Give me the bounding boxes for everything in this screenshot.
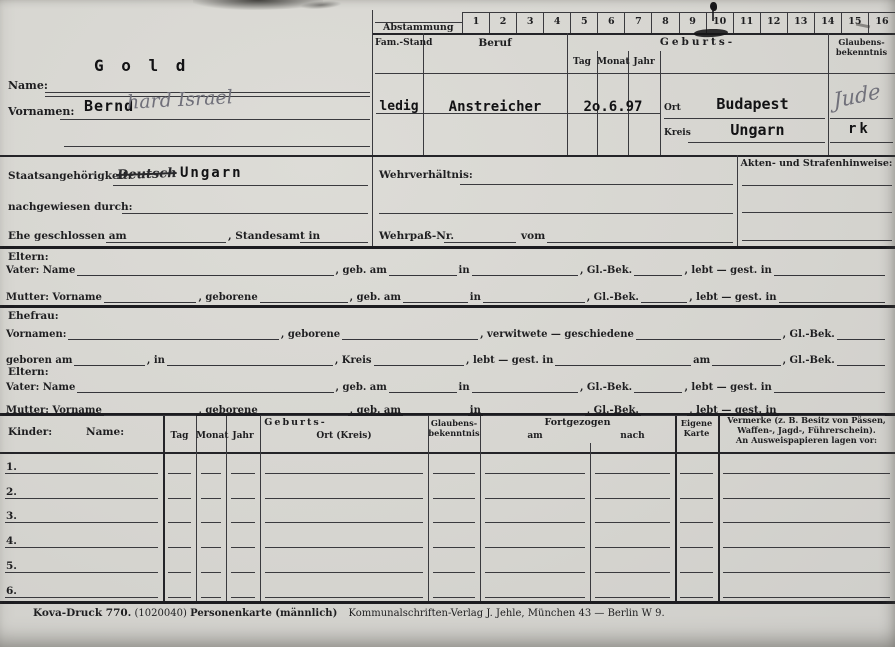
wehrpass-label: Wehrpaß-Nr. bbox=[379, 230, 454, 242]
blank-line bbox=[342, 338, 478, 340]
gl-bek-label: , Gl.-Bek. bbox=[783, 355, 835, 366]
jahr-header: Jahr bbox=[628, 57, 660, 67]
abstammung-number-cell: 2 bbox=[489, 12, 516, 33]
ehefrau-vornamen-row: Vornamen: , geborene , verwitwete — gesc… bbox=[6, 326, 887, 340]
cell-tag bbox=[163, 502, 196, 527]
glaubens-handwritten-annotation: Jude bbox=[833, 79, 881, 113]
vornamen-handwritten-annotation: hard Israel bbox=[126, 86, 233, 114]
cell-ort-kreis bbox=[260, 452, 428, 477]
fam-stand-header: Fam.-Stand bbox=[375, 38, 423, 48]
blank-line bbox=[634, 391, 682, 393]
kreis-label: , Kreis bbox=[335, 355, 372, 366]
gl-bek-label: , Gl.-Bek. bbox=[580, 265, 632, 276]
rule-line bbox=[460, 184, 733, 185]
abstammung-number-cell: 11 bbox=[733, 12, 760, 33]
wehrverhaeltnis-label: Wehrverhältnis: bbox=[379, 169, 473, 181]
kinder-name-header: Name: bbox=[86, 426, 124, 438]
mutter-row: Mutter: Vorname , geborene , geb. am in … bbox=[6, 289, 887, 303]
geburts-header: Geburts- bbox=[567, 36, 828, 48]
ehefrau-vornamen-label: Vornamen: bbox=[6, 329, 66, 340]
rule-line bbox=[373, 33, 895, 35]
blank-line bbox=[68, 338, 278, 340]
cell-fortgezogen-nach bbox=[590, 502, 675, 527]
blank-line bbox=[389, 391, 457, 393]
rule-line bbox=[664, 118, 825, 119]
cell-monat bbox=[196, 452, 226, 477]
cell-name: 4. bbox=[0, 526, 163, 551]
ehe-geschlossen-label: Ehe geschlossen am bbox=[8, 230, 127, 242]
lebt-gest-label: , lebt — gest. in bbox=[684, 382, 771, 393]
lebt-gest-label: , lebt — gest. in bbox=[689, 292, 776, 303]
rule-line bbox=[688, 142, 825, 143]
cell-fortgezogen-am bbox=[480, 502, 590, 527]
ehefrau-section-label: Ehefrau: bbox=[8, 310, 59, 322]
cell-glaubens bbox=[428, 551, 480, 576]
ink-blot bbox=[710, 2, 717, 11]
kinder-table-row: 4. bbox=[0, 526, 895, 551]
abstammung-number-cell: 13 bbox=[787, 12, 814, 33]
abstammung-number-row: 12345678910111213141516 bbox=[462, 12, 895, 33]
section-divider bbox=[0, 246, 895, 249]
geb-am-label: , geb. am bbox=[336, 382, 387, 393]
cell-jahr bbox=[226, 551, 260, 576]
blank-line bbox=[403, 414, 468, 416]
vater-label: Vater: Name bbox=[6, 382, 75, 393]
cell-fortgezogen-am bbox=[480, 576, 590, 601]
blank-line bbox=[837, 338, 885, 340]
geb-am-label: , geb. am bbox=[350, 292, 401, 303]
row-number: 6. bbox=[6, 585, 17, 597]
blank-line bbox=[77, 391, 333, 393]
geborene-label: , geborene bbox=[281, 329, 340, 340]
cell-monat bbox=[196, 551, 226, 576]
cell-vermerke bbox=[718, 452, 895, 477]
kinder-glaubens-header-line2: bekenntnis bbox=[428, 429, 480, 439]
kinder-geburts-header: Geburts- bbox=[163, 417, 428, 428]
vornamen-label: Vornamen: bbox=[8, 105, 74, 118]
akten-strafen-label: Akten- und Strafenhinweise: bbox=[740, 158, 893, 169]
printer-label: Kova-Druck 770. bbox=[33, 607, 131, 619]
kinder-table-row: 1. bbox=[0, 452, 895, 477]
cell-vermerke bbox=[718, 502, 895, 527]
blank-line bbox=[167, 364, 333, 366]
blank-line bbox=[483, 301, 585, 303]
cell-eigene-karte bbox=[675, 526, 718, 551]
blank-line bbox=[260, 414, 348, 416]
abstammung-number-cell: 5 bbox=[570, 12, 597, 33]
cell-fortgezogen-am bbox=[480, 477, 590, 502]
kreis-value: Ungarn bbox=[690, 121, 825, 139]
blank-line bbox=[403, 301, 468, 303]
row-number: 4. bbox=[6, 535, 17, 547]
row-number: 5. bbox=[6, 560, 17, 572]
blank-line bbox=[774, 274, 885, 276]
kinder-jahr-header: Jahr bbox=[226, 431, 260, 441]
card-type-label: Personenkarte (männlich) bbox=[190, 608, 337, 619]
abstammung-number-cell: 15 bbox=[841, 12, 868, 33]
glaubens-header-line2: bekenntnis bbox=[828, 48, 895, 58]
kinder-table-row: 2. bbox=[0, 477, 895, 502]
ehefrau-vater-row: Vater: Name , geb. am in , Gl.-Bek. , le… bbox=[6, 379, 887, 393]
cell-name: 2. bbox=[0, 477, 163, 502]
cell-vermerke bbox=[718, 526, 895, 551]
row-number: 1. bbox=[6, 461, 17, 473]
cell-jahr bbox=[226, 477, 260, 502]
rule-line bbox=[300, 242, 368, 243]
cell-tag bbox=[163, 526, 196, 551]
cell-eigene-karte bbox=[675, 551, 718, 576]
abstammung-number-cell: 10 bbox=[706, 12, 733, 33]
cell-glaubens bbox=[428, 502, 480, 527]
blank-line bbox=[104, 301, 197, 303]
abstammung-number-cell: 1 bbox=[462, 12, 489, 33]
standesamt-label: , Standesamt in bbox=[228, 230, 320, 242]
rule-line bbox=[372, 10, 373, 247]
staats-value: Ungarn bbox=[180, 165, 243, 181]
fam-stand-value: ledig bbox=[374, 99, 424, 114]
ehefrau-eltern-label: Eltern: bbox=[8, 366, 49, 378]
cell-eigene-karte bbox=[675, 576, 718, 601]
ink-smudge bbox=[193, 0, 323, 10]
name-label: Name: bbox=[8, 79, 48, 92]
cell-fortgezogen-am bbox=[480, 526, 590, 551]
kreis-label: Kreis bbox=[664, 128, 691, 138]
cell-ort-kreis bbox=[260, 551, 428, 576]
publisher-label: Kommunalschriften-Verlag J. Jehle, Münch… bbox=[349, 608, 665, 619]
blank-line bbox=[472, 274, 578, 276]
blank-line bbox=[636, 338, 781, 340]
ort-label: Ort bbox=[664, 103, 681, 113]
abstammung-number-cell: 7 bbox=[624, 12, 651, 33]
beruf-value: Anstreicher bbox=[424, 99, 566, 115]
blank-line bbox=[374, 364, 465, 366]
blank-line bbox=[712, 364, 780, 366]
monat-header: Monat bbox=[597, 57, 628, 67]
fortgezogen-am-header: am bbox=[480, 431, 590, 441]
blank-line bbox=[641, 301, 687, 303]
rule-line bbox=[375, 73, 895, 74]
cell-vermerke bbox=[718, 551, 895, 576]
kinder-table-row: 6. bbox=[0, 576, 895, 601]
cell-vermerke bbox=[718, 477, 895, 502]
cell-eigene-karte bbox=[675, 477, 718, 502]
cell-glaubens bbox=[428, 576, 480, 601]
cell-name: 1. bbox=[0, 452, 163, 477]
blank-line bbox=[837, 364, 885, 366]
cell-ort-kreis bbox=[260, 477, 428, 502]
cell-tag bbox=[163, 551, 196, 576]
eigene-karte-header-line2: Karte bbox=[675, 429, 718, 439]
rule-line bbox=[742, 185, 892, 186]
cell-glaubens bbox=[428, 452, 480, 477]
cell-monat bbox=[196, 576, 226, 601]
blank-line bbox=[641, 414, 687, 416]
staatsangehoerigkeit-label: Staatsangehörigkeit: bbox=[8, 170, 131, 182]
cell-name: 6. bbox=[0, 576, 163, 601]
rule-line bbox=[60, 119, 370, 120]
row-number: 2. bbox=[6, 486, 17, 498]
am-label: am bbox=[693, 355, 710, 366]
section-divider bbox=[0, 305, 895, 308]
abstammung-label: Abstammung bbox=[383, 22, 453, 33]
vom-label: vom bbox=[521, 230, 545, 242]
in-label: in bbox=[470, 405, 481, 416]
fortgezogen-nach-header: nach bbox=[590, 431, 675, 441]
cell-fortgezogen-am bbox=[480, 551, 590, 576]
geboren-am-label: geboren am bbox=[6, 355, 72, 366]
cell-jahr bbox=[226, 452, 260, 477]
geb-am-label: , geb. am bbox=[350, 405, 401, 416]
gl-bek-label: , Gl.-Bek. bbox=[587, 292, 639, 303]
cell-vermerke bbox=[718, 576, 895, 601]
glaubens-value: rk bbox=[848, 121, 871, 137]
cell-glaubens bbox=[428, 526, 480, 551]
in-label: in bbox=[470, 292, 481, 303]
rule-line bbox=[379, 213, 733, 214]
gl-bek-label: , Gl.-Bek. bbox=[587, 405, 639, 416]
vermerke-header-line3: An Ausweispapieren lagen vor: bbox=[718, 436, 895, 446]
gl-bek-label: , Gl.-Bek. bbox=[580, 382, 632, 393]
kinder-table-row: 3. bbox=[0, 502, 895, 527]
cell-jahr bbox=[226, 502, 260, 527]
kinder-tag-header: Tag bbox=[163, 431, 196, 441]
rule-line bbox=[423, 33, 424, 155]
imprint-footer: Kova-Druck 770. (1020040) Personenkarte … bbox=[33, 607, 665, 619]
verwitwete-label: , verwitwete — geschiedene bbox=[480, 329, 634, 340]
blank-line bbox=[472, 391, 578, 393]
mutter-label: Mutter: Vorname bbox=[6, 292, 102, 303]
in-label: in bbox=[459, 382, 470, 393]
section-divider bbox=[0, 155, 895, 157]
blank-line bbox=[74, 364, 144, 366]
gl-bek-label: , Gl.-Bek. bbox=[783, 329, 835, 340]
cell-jahr bbox=[226, 576, 260, 601]
cell-fortgezogen-am bbox=[480, 452, 590, 477]
form-code: (1020040) bbox=[135, 608, 187, 619]
geb-am-label: , geb. am bbox=[336, 265, 387, 276]
tag-header: Tag bbox=[567, 57, 597, 67]
cell-fortgezogen-nach bbox=[590, 576, 675, 601]
cell-eigene-karte bbox=[675, 502, 718, 527]
cell-monat bbox=[196, 526, 226, 551]
abstammung-number-cell: 9 bbox=[679, 12, 706, 33]
section-divider bbox=[0, 601, 895, 604]
cell-ort-kreis bbox=[260, 526, 428, 551]
vater-label: Vater: Name bbox=[6, 265, 75, 276]
abstammung-number-cell: 3 bbox=[516, 12, 543, 33]
cell-fortgezogen-nach bbox=[590, 477, 675, 502]
beruf-header: Beruf bbox=[423, 37, 567, 49]
cell-glaubens bbox=[428, 477, 480, 502]
kinder-table-row: 5. bbox=[0, 551, 895, 576]
rule-line bbox=[547, 242, 733, 243]
cell-name: 3. bbox=[0, 502, 163, 527]
mutter-label: Mutter: Vorname bbox=[6, 405, 102, 416]
nachgewiesen-label: nachgewiesen durch: bbox=[8, 201, 133, 213]
blank-line bbox=[260, 301, 348, 303]
rule-line bbox=[737, 155, 738, 247]
abstammung-number-cell: 8 bbox=[651, 12, 678, 33]
ink-smudge bbox=[300, 0, 342, 10]
kinder-ort-kreis-header: Ort (Kreis) bbox=[260, 431, 428, 441]
cell-monat bbox=[196, 502, 226, 527]
in-label: , in bbox=[147, 355, 165, 366]
rule-line bbox=[444, 242, 516, 243]
ort-value: Budapest bbox=[680, 95, 825, 113]
blank-line bbox=[77, 274, 333, 276]
cell-monat bbox=[196, 477, 226, 502]
cell-tag bbox=[163, 576, 196, 601]
blank-line bbox=[483, 414, 585, 416]
geborene-label: , geborene bbox=[198, 405, 257, 416]
rule-line bbox=[113, 185, 368, 186]
lebt-gest-label: , lebt — gest. in bbox=[684, 265, 771, 276]
staats-crossed-value: Deutsch bbox=[117, 166, 177, 183]
blank-line bbox=[555, 364, 691, 366]
vater-row: Vater: Name , geb. am in , Gl.-Bek. , le… bbox=[6, 262, 887, 276]
abstammung-number-cell: 6 bbox=[597, 12, 624, 33]
cell-fortgezogen-nach bbox=[590, 551, 675, 576]
kinder-label: Kinder: bbox=[8, 426, 52, 438]
personenkarte-document: Abstammung 12345678910111213141516 Fam.-… bbox=[0, 0, 895, 647]
blank-line bbox=[389, 274, 457, 276]
rule-line bbox=[742, 240, 892, 241]
cell-eigene-karte bbox=[675, 452, 718, 477]
cell-fortgezogen-nach bbox=[590, 452, 675, 477]
rule-line bbox=[64, 146, 370, 147]
rule-line bbox=[830, 142, 893, 143]
kinder-monat-header: Monat bbox=[196, 431, 226, 441]
blank-line bbox=[774, 391, 885, 393]
kinder-table-body: 1. 2. bbox=[0, 452, 895, 601]
in-label: in bbox=[459, 265, 470, 276]
rule-line bbox=[567, 33, 568, 155]
rule-line bbox=[742, 212, 892, 213]
rule-line bbox=[830, 118, 893, 119]
ehefrau-geboren-row: geboren am , in , Kreis , lebt — gest. i… bbox=[6, 352, 887, 366]
lebt-gest-label: , lebt — gest. in bbox=[466, 355, 553, 366]
row-number: 3. bbox=[6, 510, 17, 522]
abstammung-number-cell: 16 bbox=[868, 12, 895, 33]
abstammung-number-cell: 12 bbox=[760, 12, 787, 33]
geborene-label: , geborene bbox=[198, 292, 257, 303]
cell-jahr bbox=[226, 526, 260, 551]
cell-fortgezogen-nach bbox=[590, 526, 675, 551]
rule-line bbox=[122, 213, 368, 214]
cell-tag bbox=[163, 452, 196, 477]
abstammung-number-cell: 14 bbox=[814, 12, 841, 33]
blank-line bbox=[634, 274, 682, 276]
rule-line bbox=[106, 242, 226, 243]
abstammung-number-cell: 4 bbox=[543, 12, 570, 33]
cell-ort-kreis bbox=[260, 576, 428, 601]
blank-line bbox=[104, 414, 197, 416]
cell-name: 5. bbox=[0, 551, 163, 576]
cell-tag bbox=[163, 477, 196, 502]
fortgezogen-header: Fortgezogen bbox=[480, 417, 675, 428]
blank-line bbox=[779, 301, 885, 303]
name-value: G o l d bbox=[94, 56, 189, 75]
cell-ort-kreis bbox=[260, 502, 428, 527]
ehefrau-mutter-row: Mutter: Vorname , geborene , geb. am in … bbox=[6, 402, 887, 416]
geburtsdatum-value: 2o.6.97 bbox=[564, 99, 662, 115]
